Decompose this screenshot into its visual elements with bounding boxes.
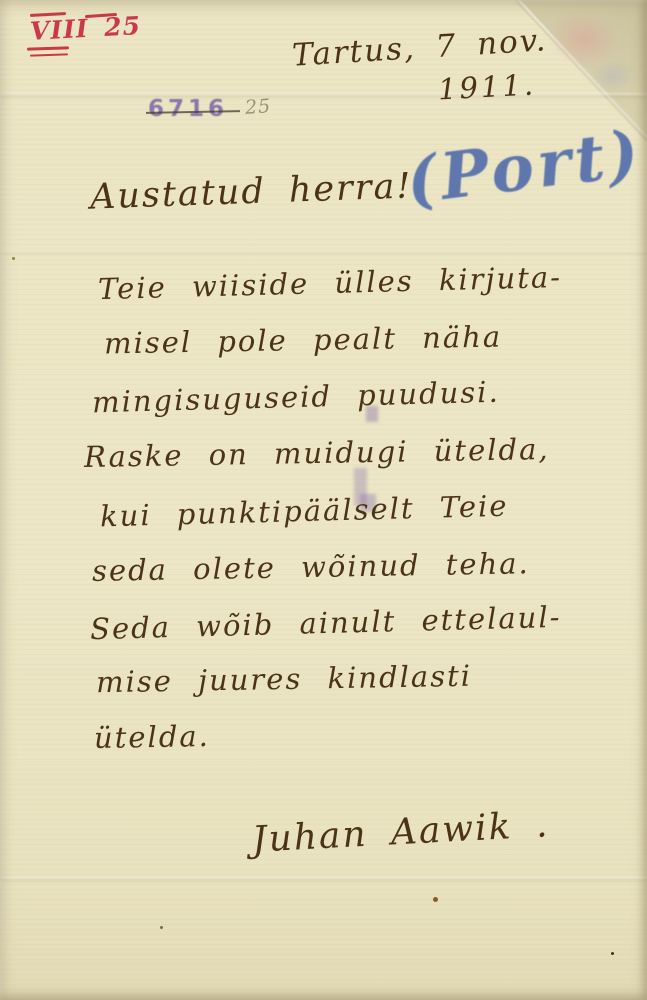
letter-line: mingisuguseid puudusi.	[92, 375, 500, 420]
letter-line: misel pole pealt näha	[104, 320, 503, 361]
pencil-note: 25	[244, 95, 272, 119]
signature: Juhan Aawik .	[251, 804, 550, 861]
letter-line: kui punktipäälselt Teie	[100, 489, 509, 534]
blue-crayon-annotation: (Port)	[402, 116, 646, 219]
letter-line: mise juures kindlasti	[96, 659, 473, 700]
salutation: Austatud herra!	[89, 166, 413, 217]
horizontal-crease	[0, 250, 647, 256]
letter-line: Seda wõib ainult ettelaul-	[90, 600, 562, 646]
letter-line: seda olete wõinud teha.	[92, 546, 530, 588]
letter-line: ütelda.	[94, 719, 210, 755]
paper-speck	[12, 257, 15, 260]
letter-line: Raske on muidugi ütelda,	[84, 432, 550, 474]
paper-speck	[611, 952, 614, 955]
paper-sheet: VIII 25 6716 25 Tartus, 7 nov. 1911. Aus…	[0, 0, 647, 1000]
horizontal-crease	[0, 877, 647, 883]
horizontal-crease	[0, 93, 647, 99]
paper-speck	[160, 926, 163, 929]
paper-speck	[433, 897, 438, 902]
accession-stamp: 6716	[148, 96, 228, 122]
dateline-place: Tartus, 7 nov.	[291, 22, 548, 74]
letter-line: Teie wiiside ülles kirjuta-	[98, 260, 563, 306]
letter-scan: VIII 25 6716 25 Tartus, 7 nov. 1911. Aus…	[0, 0, 647, 1000]
dateline-year: 1911.	[437, 67, 537, 106]
red-underline	[30, 53, 68, 56]
red-underline	[27, 46, 69, 50]
